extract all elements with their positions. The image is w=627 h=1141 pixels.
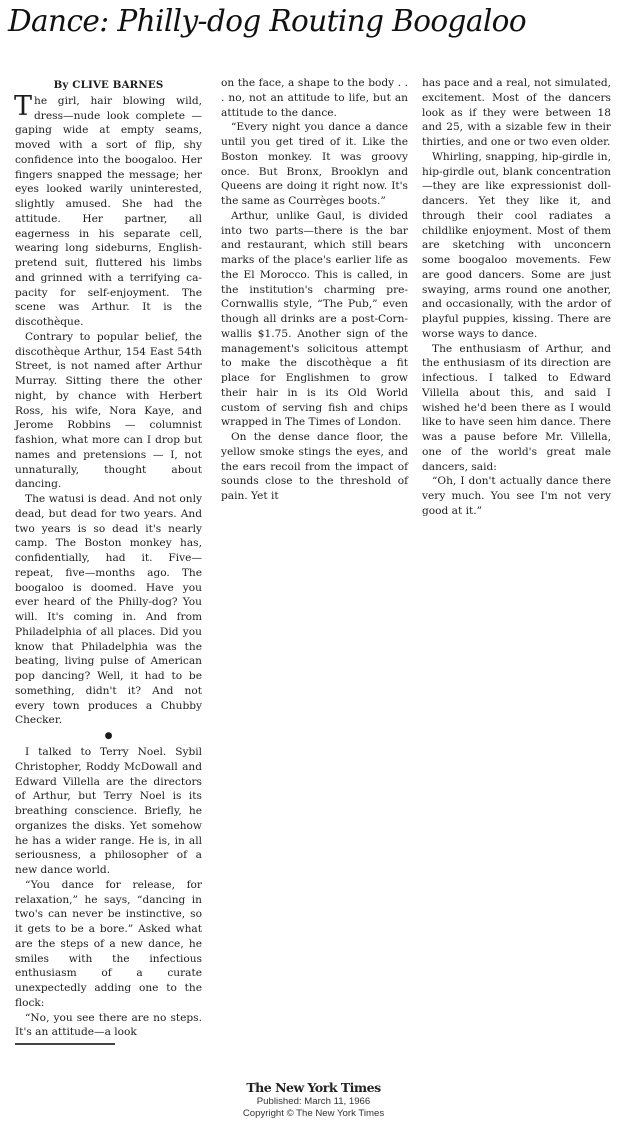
section-break-bullet-icon: ● — [15, 731, 202, 741]
paragraph: “You dance for release, for relaxation,”… — [15, 878, 202, 1011]
byline: By CLIVE BARNES — [15, 78, 202, 93]
paragraph-text: he girl, hair blowing wild, dress—nude l… — [15, 95, 202, 328]
footer: The New York Times Published: March 11, … — [0, 1080, 627, 1120]
paragraph: Arthur, unlike Gaul, is di­vided into tw… — [221, 209, 408, 430]
published-date: Published: March 11, 1966 — [0, 1096, 627, 1108]
nyt-masthead-logo: The New York Times — [0, 1080, 627, 1096]
paragraph: “Oh, I don't actually dance there very m… — [422, 474, 611, 518]
paragraph: The enthusiasm of Arthur, and the enthus… — [422, 342, 611, 475]
copyright-notice: Copyright © The New York Times — [0, 1108, 627, 1120]
paragraph: The girl, hair blowing wild, dress—nude … — [15, 94, 202, 330]
paragraph: “Every night you dance a dance until you… — [221, 120, 408, 209]
paragraph: has pace and a real, not sim­ulated, exc… — [422, 76, 611, 150]
drop-cap: T — [14, 95, 32, 119]
article-column-3: has pace and a real, not sim­ulated, exc… — [422, 76, 611, 519]
paragraph: “No, you see there are no steps. It's an… — [15, 1011, 202, 1041]
article-column-2: on the face, a shape to the body . . . n… — [221, 76, 408, 504]
paragraph: on the face, a shape to the body . . . n… — [221, 76, 408, 120]
paragraph: The watusi is dead. And not only dead, b… — [15, 492, 202, 728]
headline: Dance: Philly-dog Routing Boogaloo — [8, 4, 623, 38]
paragraph: Contrary to popular belief, the discothè… — [15, 330, 202, 492]
column-end-rule — [15, 1043, 115, 1045]
paragraph: I talked to Terry Noel. Sy­bil Christoph… — [15, 745, 202, 878]
paragraph: On the dense dance floor, the yellow smo… — [221, 430, 408, 504]
paragraph: Whirling, snapping, hip-girdle in, hip-g… — [422, 150, 611, 342]
article-column-1: By CLIVE BARNES The girl, hair blowing w… — [15, 78, 202, 1045]
